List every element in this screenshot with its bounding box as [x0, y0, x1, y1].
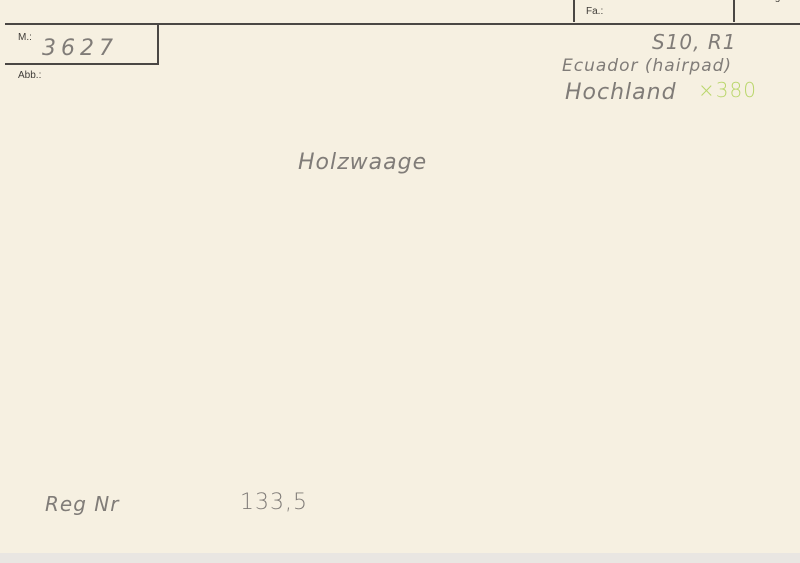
- country-note: Ecuador (hairpad): [562, 56, 732, 76]
- region-note: Hochland: [565, 80, 677, 105]
- reg-note: Reg Nr: [45, 492, 119, 516]
- number-note: 133,5: [240, 490, 308, 515]
- reg-field-box: [733, 0, 800, 22]
- reg-label: Reg.-Nr.: [762, 0, 799, 3]
- m-label: M.:: [18, 32, 32, 43]
- m-value: 3627: [42, 36, 118, 61]
- object-title: Holzwaage: [298, 150, 427, 175]
- abb-label: Abb.:: [18, 70, 41, 81]
- code-note: S10, R1: [652, 30, 736, 54]
- fa-label: Fa.:: [586, 6, 603, 17]
- green-mark: ×380: [698, 78, 757, 102]
- index-card: M.: 3627 Abb.: Fa.: Reg.-Nr. S10, R1 Ecu…: [0, 0, 800, 553]
